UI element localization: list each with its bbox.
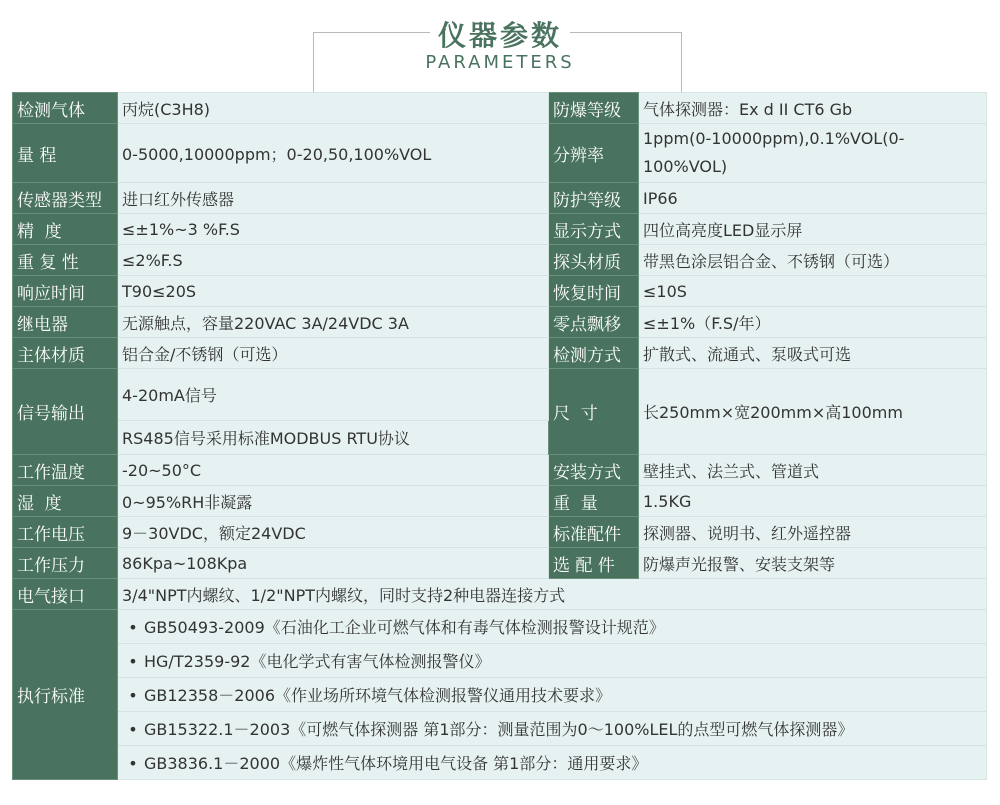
standards-row: •GB15322.1－2003《可燃气体探测器 第1部分：测量范围为0～100%… bbox=[13, 712, 987, 746]
param-value: 铝合金/不锈钢（可选） bbox=[118, 338, 549, 369]
param-label: 重 量 bbox=[549, 486, 639, 517]
param-value: 86Kpa~108Kpa bbox=[118, 548, 549, 579]
param-value: ≤±1%~3 %F.S bbox=[118, 214, 549, 245]
param-label: 继电器 bbox=[13, 307, 118, 338]
param-value: 1.5KG bbox=[639, 486, 987, 517]
param-value: 壁挂式、法兰式、管道式 bbox=[639, 455, 987, 486]
param-label: 标准配件 bbox=[549, 517, 639, 548]
param-label: 工作压力 bbox=[13, 548, 118, 579]
bullet-icon: • bbox=[122, 652, 144, 671]
table-row: 主体材质 铝合金/不锈钢（可选） 检测方式 扩散式、流通式、泵吸式可选 bbox=[13, 338, 987, 369]
param-label: 探头材质 bbox=[549, 245, 639, 276]
table-row: 检测气体 丙烷(C3H8) 防爆等级 气体探测器：Ex d II CT6 Gb bbox=[13, 93, 987, 124]
param-label: 传感器类型 bbox=[13, 183, 118, 214]
param-value: T90≤20S bbox=[118, 276, 549, 307]
table-row: 继电器 无源触点，容量220VAC 3A/24VDC 3A 零点飘移 ≤±1%（… bbox=[13, 307, 987, 338]
table-row: 电气接口 3/4"NPT内螺纹、1/2"NPT内螺纹，同时支持2种电器连接方式 bbox=[13, 579, 987, 610]
table-row: 信号输出 4-20mA信号 尺 寸 长250mm×宽200mm×高100mm bbox=[13, 369, 987, 421]
param-value: 0~95%RH非凝露 bbox=[118, 486, 549, 517]
param-value: 丙烷(C3H8) bbox=[118, 93, 549, 124]
param-value: 带黑色涂层铝合金、不锈钢（可选） bbox=[639, 245, 987, 276]
param-value: RS485信号采用标准MODBUS RTU协议 bbox=[118, 421, 549, 455]
bullet-icon: • bbox=[122, 720, 144, 739]
param-label: 零点飘移 bbox=[549, 307, 639, 338]
param-value: 3/4"NPT内螺纹、1/2"NPT内螺纹，同时支持2种电器连接方式 bbox=[118, 579, 987, 610]
param-label: 分辨率 bbox=[549, 124, 639, 183]
parameters-table: 检测气体 丙烷(C3H8) 防爆等级 气体探测器：Ex d II CT6 Gb … bbox=[12, 92, 987, 780]
param-value: 气体探测器：Ex d II CT6 Gb bbox=[639, 93, 987, 124]
param-value: 长250mm×宽200mm×高100mm bbox=[639, 369, 987, 455]
param-value: ≤2%F.S bbox=[118, 245, 549, 276]
param-label: 重 复 性 bbox=[13, 245, 118, 276]
param-value: IP66 bbox=[639, 183, 987, 214]
param-label: 检测方式 bbox=[549, 338, 639, 369]
param-label: 工作温度 bbox=[13, 455, 118, 486]
table-row: 工作电压 9－30VDC，额定24VDC 标准配件 探测器、说明书、红外遥控器 bbox=[13, 517, 987, 548]
param-label: 尺 寸 bbox=[549, 369, 639, 455]
table-row: 工作温度 -20~50°C 安装方式 壁挂式、法兰式、管道式 bbox=[13, 455, 987, 486]
standard-item: •GB3836.1－2000《爆炸性气体环境用电气设备 第1部分：通用要求》 bbox=[118, 746, 987, 780]
bullet-icon: • bbox=[122, 754, 144, 773]
param-value: 9－30VDC，额定24VDC bbox=[118, 517, 549, 548]
param-value: 4-20mA信号 bbox=[118, 369, 549, 421]
page-subtitle: PARAMETERS bbox=[0, 52, 1000, 73]
param-label: 信号输出 bbox=[13, 369, 118, 455]
standard-item: •GB12358－2006《作业场所环境气体检测报警仪通用技术要求》 bbox=[118, 678, 987, 712]
param-value: ≤±1%（F.S/年） bbox=[639, 307, 987, 338]
standards-row: •GB3836.1－2000《爆炸性气体环境用电气设备 第1部分：通用要求》 bbox=[13, 746, 987, 780]
table-row: 精 度 ≤±1%~3 %F.S 显示方式 四位高亮度LED显示屏 bbox=[13, 214, 987, 245]
param-label: 工作电压 bbox=[13, 517, 118, 548]
bullet-icon: • bbox=[122, 618, 144, 637]
param-value: 进口红外传感器 bbox=[118, 183, 549, 214]
table-row: 传感器类型 进口红外传感器 防护等级 IP66 bbox=[13, 183, 987, 214]
param-value: 探测器、说明书、红外遥控器 bbox=[639, 517, 987, 548]
standards-row: •HG/T2359-92《电化学式有害气体检测报警仪》 bbox=[13, 644, 987, 678]
param-value: 四位高亮度LED显示屏 bbox=[639, 214, 987, 245]
standard-item: •GB50493-2009《石油化工企业可燃气体和有毒气体检测报警设计规范》 bbox=[118, 610, 987, 644]
table-row: 量 程 0-5000,10000ppm；0-20,50,100%VOL 分辨率 … bbox=[13, 124, 987, 183]
param-label: 响应时间 bbox=[13, 276, 118, 307]
param-value: 扩散式、流通式、泵吸式可选 bbox=[639, 338, 987, 369]
param-label: 湿 度 bbox=[13, 486, 118, 517]
param-value: ≤10S bbox=[639, 276, 987, 307]
param-value: 0-5000,10000ppm；0-20,50,100%VOL bbox=[118, 124, 549, 183]
param-label: 防护等级 bbox=[549, 183, 639, 214]
standard-item: •HG/T2359-92《电化学式有害气体检测报警仪》 bbox=[118, 644, 987, 678]
param-value: -20~50°C bbox=[118, 455, 549, 486]
param-label: 恢复时间 bbox=[549, 276, 639, 307]
standards-row: 执行标准 •GB50493-2009《石油化工企业可燃气体和有毒气体检测报警设计… bbox=[13, 610, 987, 644]
table-row: 响应时间 T90≤20S 恢复时间 ≤10S bbox=[13, 276, 987, 307]
standards-row: •GB12358－2006《作业场所环境气体检测报警仪通用技术要求》 bbox=[13, 678, 987, 712]
param-value: 1ppm(0-10000ppm),0.1%VOL(0-100%VOL) bbox=[639, 124, 987, 183]
param-label: 显示方式 bbox=[549, 214, 639, 245]
table-row: 重 复 性 ≤2%F.S 探头材质 带黑色涂层铝合金、不锈钢（可选） bbox=[13, 245, 987, 276]
param-label: 量 程 bbox=[13, 124, 118, 183]
param-value: 无源触点，容量220VAC 3A/24VDC 3A bbox=[118, 307, 549, 338]
param-value: 防爆声光报警、安装支架等 bbox=[639, 548, 987, 579]
table-row: 湿 度 0~95%RH非凝露 重 量 1.5KG bbox=[13, 486, 987, 517]
param-label: 选 配 件 bbox=[549, 548, 639, 579]
section-header: 仪器参数 PARAMETERS bbox=[0, 0, 1000, 92]
bullet-icon: • bbox=[122, 686, 144, 705]
param-label: 检测气体 bbox=[13, 93, 118, 124]
param-label: 防爆等级 bbox=[549, 93, 639, 124]
param-label: 安装方式 bbox=[549, 455, 639, 486]
param-label: 电气接口 bbox=[13, 579, 118, 610]
standards-label: 执行标准 bbox=[13, 610, 118, 780]
page-title: 仪器参数 bbox=[430, 19, 570, 52]
table-row: 工作压力 86Kpa~108Kpa 选 配 件 防爆声光报警、安装支架等 bbox=[13, 548, 987, 579]
param-label: 精 度 bbox=[13, 214, 118, 245]
param-label: 主体材质 bbox=[13, 338, 118, 369]
standard-item: •GB15322.1－2003《可燃气体探测器 第1部分：测量范围为0～100%… bbox=[118, 712, 987, 746]
